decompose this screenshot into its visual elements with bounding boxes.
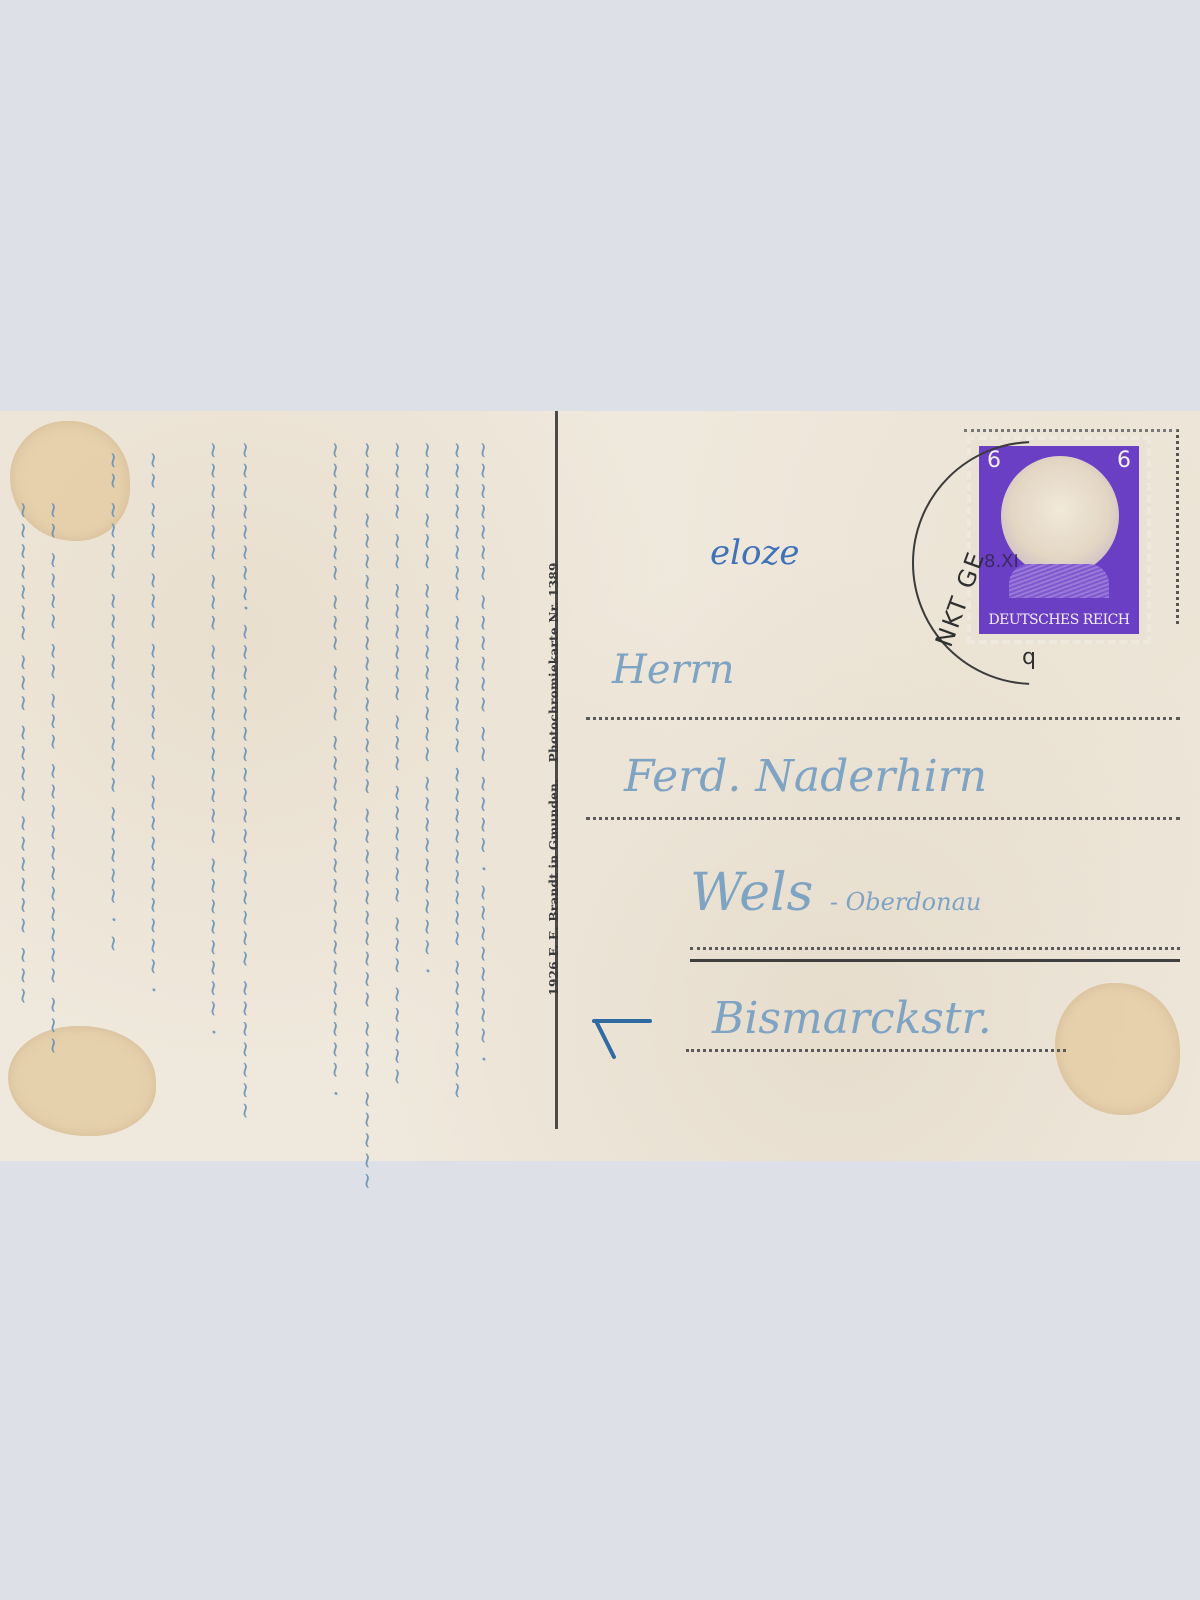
- address-name: Ferd. Naderhirn: [624, 751, 987, 802]
- address-line-2: [586, 817, 1180, 820]
- address-city-name: Wels: [690, 863, 813, 923]
- postmark-letter: b: [1022, 646, 1036, 671]
- message-line: ~~~~~~~~ ~~~~~~~ ~~~~~~~~~ ~~~~~~~: [444, 441, 469, 1101]
- address-line-1: [586, 717, 1180, 720]
- message-line: ~~~~~~~ ~~~ ~~~ ~~~~~~~~~~~~~~~~~ ·: [322, 441, 347, 1099]
- message-line: ~~~~~~ ~~~ ~~~~~~~~~~ ~~~~~~~~ ·: [200, 441, 225, 1038]
- message-line: ~~~ ~~~ ~~~~~~~~~ ~~~~~~~~~ ·: [414, 441, 439, 976]
- imprint-publisher: 1926 F. E. Brandt in Gmunden.: [547, 778, 561, 995]
- arrow-icon: [590, 1013, 652, 1063]
- message-line: ~~~~~~~~· ~~~~~~~~~~~~~~~~~ ~~~~~~~: [232, 441, 257, 1122]
- stamp-value: 6: [1117, 448, 1131, 473]
- handwritten-note: eloze: [710, 533, 800, 573]
- address-street: Bismarckstr.: [712, 993, 992, 1044]
- address-line-4: [686, 1049, 1066, 1052]
- message-line: ~~~~ ~~ ~~~~~~ ~~~ ~~~~~~ ~~~ ~~~~~: [384, 441, 409, 1088]
- postmark-date: 8.XI: [984, 551, 1019, 572]
- message-line: ~~ ~~~~ ~~ ~~~ ~~~~~~~~~~~ ~~~: [40, 501, 65, 1057]
- stain-bottom-left: [8, 1026, 156, 1136]
- message-line: ~~ ~~~~ ~~~~~~~~~~ ~~~~~ · ~: [100, 451, 125, 955]
- imprint-series: Photochromiekarte Nr. 1389: [547, 562, 561, 762]
- message-line: ~~~ ~~~~~~~~~~~~~~ ~~~~~~~~~~ ~~~ ~~~~~: [354, 441, 379, 1192]
- address-region: Oberdonau: [846, 888, 982, 916]
- postcard: ~~~~~~~ ~~~~~~ ~~ ~~~~ · ~~~~~~~~ · ~~~~…: [0, 411, 1200, 1161]
- address-city: Wels - Oberdonau: [690, 863, 981, 923]
- address-line-3: [690, 947, 1180, 950]
- message-line: ~~~~~~~ ~~~ ~~~~ ~~~~~~ ~~~: [10, 501, 35, 1007]
- publisher-imprint: 1926 F. E. Brandt in Gmunden.Photochromi…: [547, 546, 561, 995]
- message-line: ~~ ~~~ ~~~ ~~~~~~ ~~~~~~~~~~ ·: [140, 451, 165, 995]
- stain-bottom-right: [1055, 983, 1180, 1115]
- message-line: ~~~~~~~ ~~~~~~ ~~ ~~~~ · ~~~~~~~~ ·: [470, 441, 495, 1065]
- address-underline: [690, 959, 1180, 962]
- address-salutation: Herrn: [612, 647, 735, 693]
